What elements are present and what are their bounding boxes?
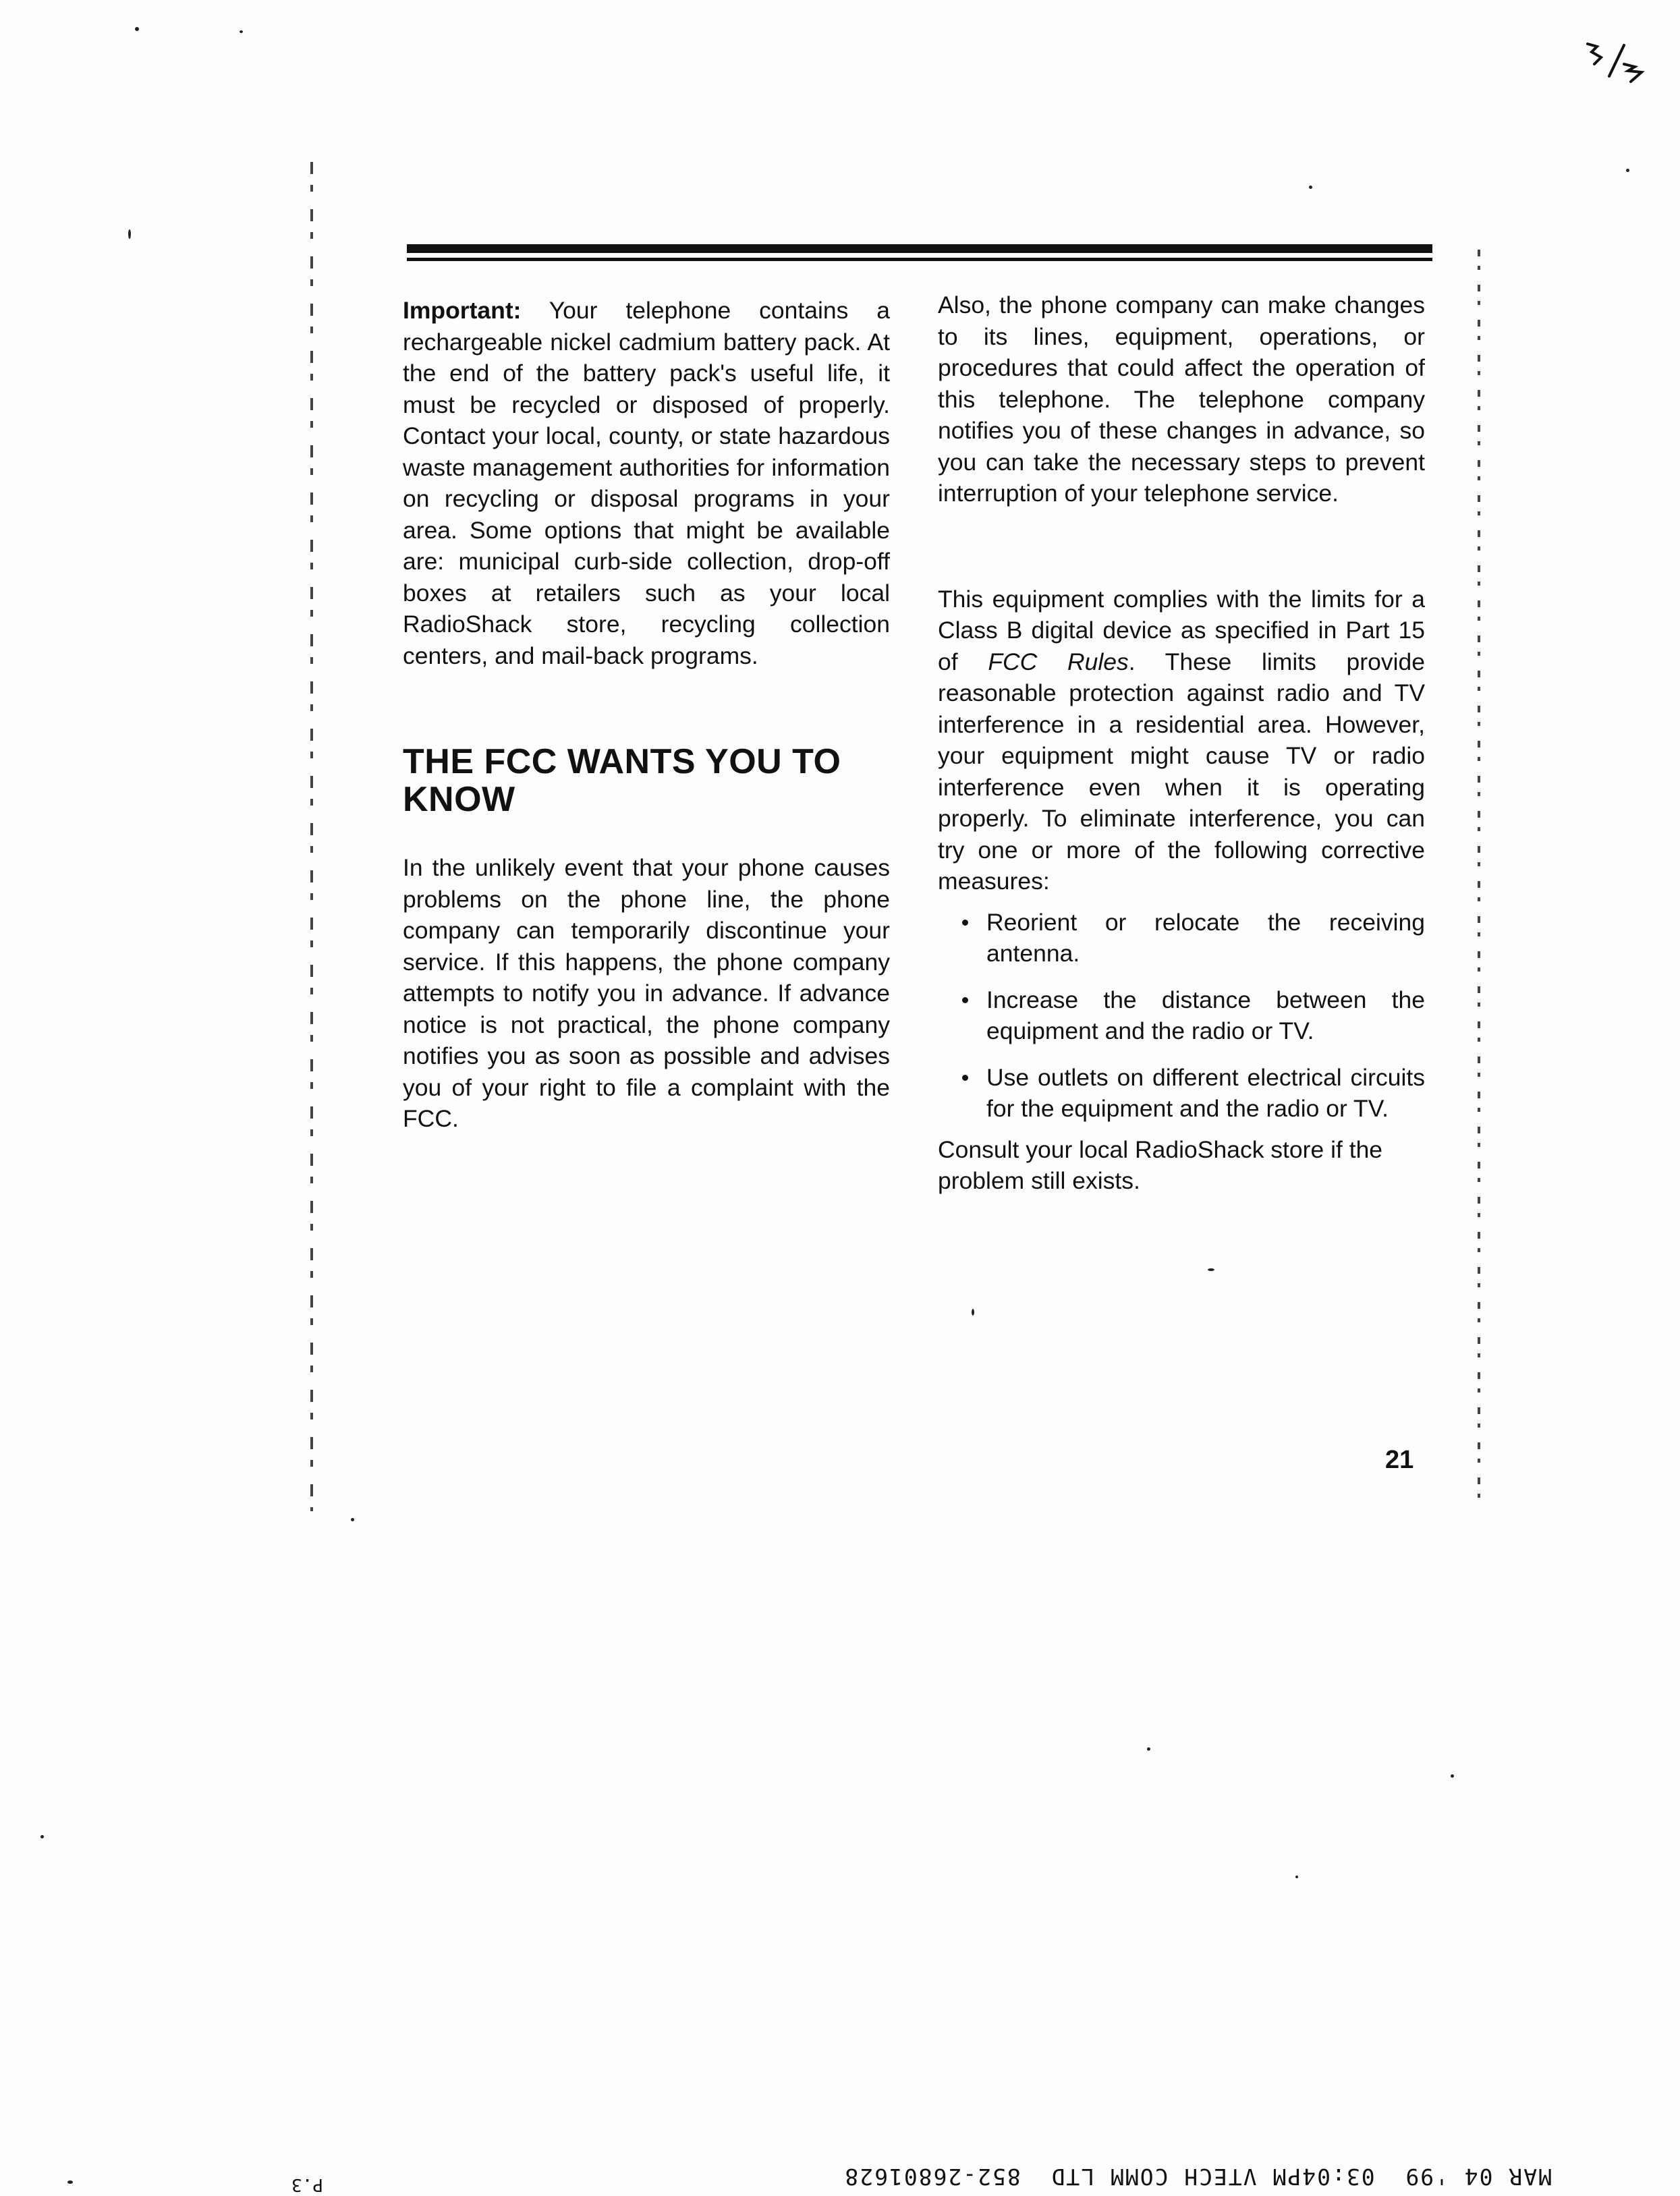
scan-speck — [67, 2180, 73, 2184]
list-item: Reorient or relocate the receiving anten… — [938, 907, 1425, 969]
scan-right-page-edge — [1478, 250, 1480, 1498]
scan-speck — [1451, 1774, 1454, 1778]
scan-speck — [128, 229, 131, 239]
scan-speck — [351, 1518, 354, 1521]
phone-company-changes-paragraph: Also, the phone company can make changes… — [938, 289, 1425, 509]
consult-store-paragraph: Consult your local RadioShack store if t… — [938, 1134, 1425, 1197]
battery-notice-paragraph: Important: Your telephone contains a rec… — [403, 295, 890, 671]
measure-text: Reorient or relocate the receiving anten… — [986, 909, 1425, 967]
handwritten-page-mark — [1582, 37, 1656, 84]
measure-text: Increase the distance between the equipm… — [986, 986, 1425, 1045]
left-column: Important: Your telephone contains a rec… — [403, 295, 890, 1135]
fcc-compliance-paragraph: This equipment complies with the limits … — [938, 584, 1425, 897]
header-rule-thin — [407, 258, 1432, 261]
scan-speck — [1309, 186, 1312, 189]
scan-speck — [1147, 1747, 1150, 1751]
list-item: Increase the distance between the equipm… — [938, 984, 1425, 1047]
header-rule-thick — [407, 244, 1432, 253]
list-item: Use outlets on different electrical circ… — [938, 1062, 1425, 1125]
right-column: Also, the phone company can make changes… — [938, 289, 1425, 1197]
bullet-icon — [962, 1075, 968, 1081]
bullet-icon — [962, 920, 968, 926]
fax-page-marker: P.3 — [291, 2174, 323, 2195]
corrective-measures-list: Reorient or relocate the receiving anten… — [938, 907, 1425, 1125]
scan-speck — [40, 1835, 44, 1838]
fcc-section-heading: THE FCC WANTS YOU TO KNOW — [403, 743, 890, 818]
page-number: 21 — [1385, 1446, 1413, 1475]
scan-speck — [240, 30, 243, 33]
fcc-service-paragraph: In the unlikely event that your phone ca… — [403, 852, 890, 1135]
battery-notice-text: Your telephone contains a rechargeable n… — [403, 297, 890, 669]
scan-speck — [1626, 169, 1629, 172]
compliance-text-part2: . These limits provide reasonable protec… — [938, 648, 1425, 895]
header-double-rule — [407, 244, 1432, 261]
fax-transmission-header: MAR 04 '99 03:04PM VTECH COMM LTD 852-26… — [803, 2164, 1552, 2190]
bullet-icon — [962, 997, 968, 1003]
scan-speck — [1208, 1268, 1214, 1271]
measure-text: Use outlets on different electrical circ… — [986, 1064, 1425, 1123]
scan-speck — [972, 1309, 974, 1316]
scan-speck — [1295, 1876, 1298, 1878]
scan-left-page-edge — [310, 162, 313, 1511]
important-label: Important: — [403, 297, 522, 324]
fcc-rules-reference: FCC Rules — [988, 648, 1128, 675]
scan-speck — [135, 27, 139, 31]
